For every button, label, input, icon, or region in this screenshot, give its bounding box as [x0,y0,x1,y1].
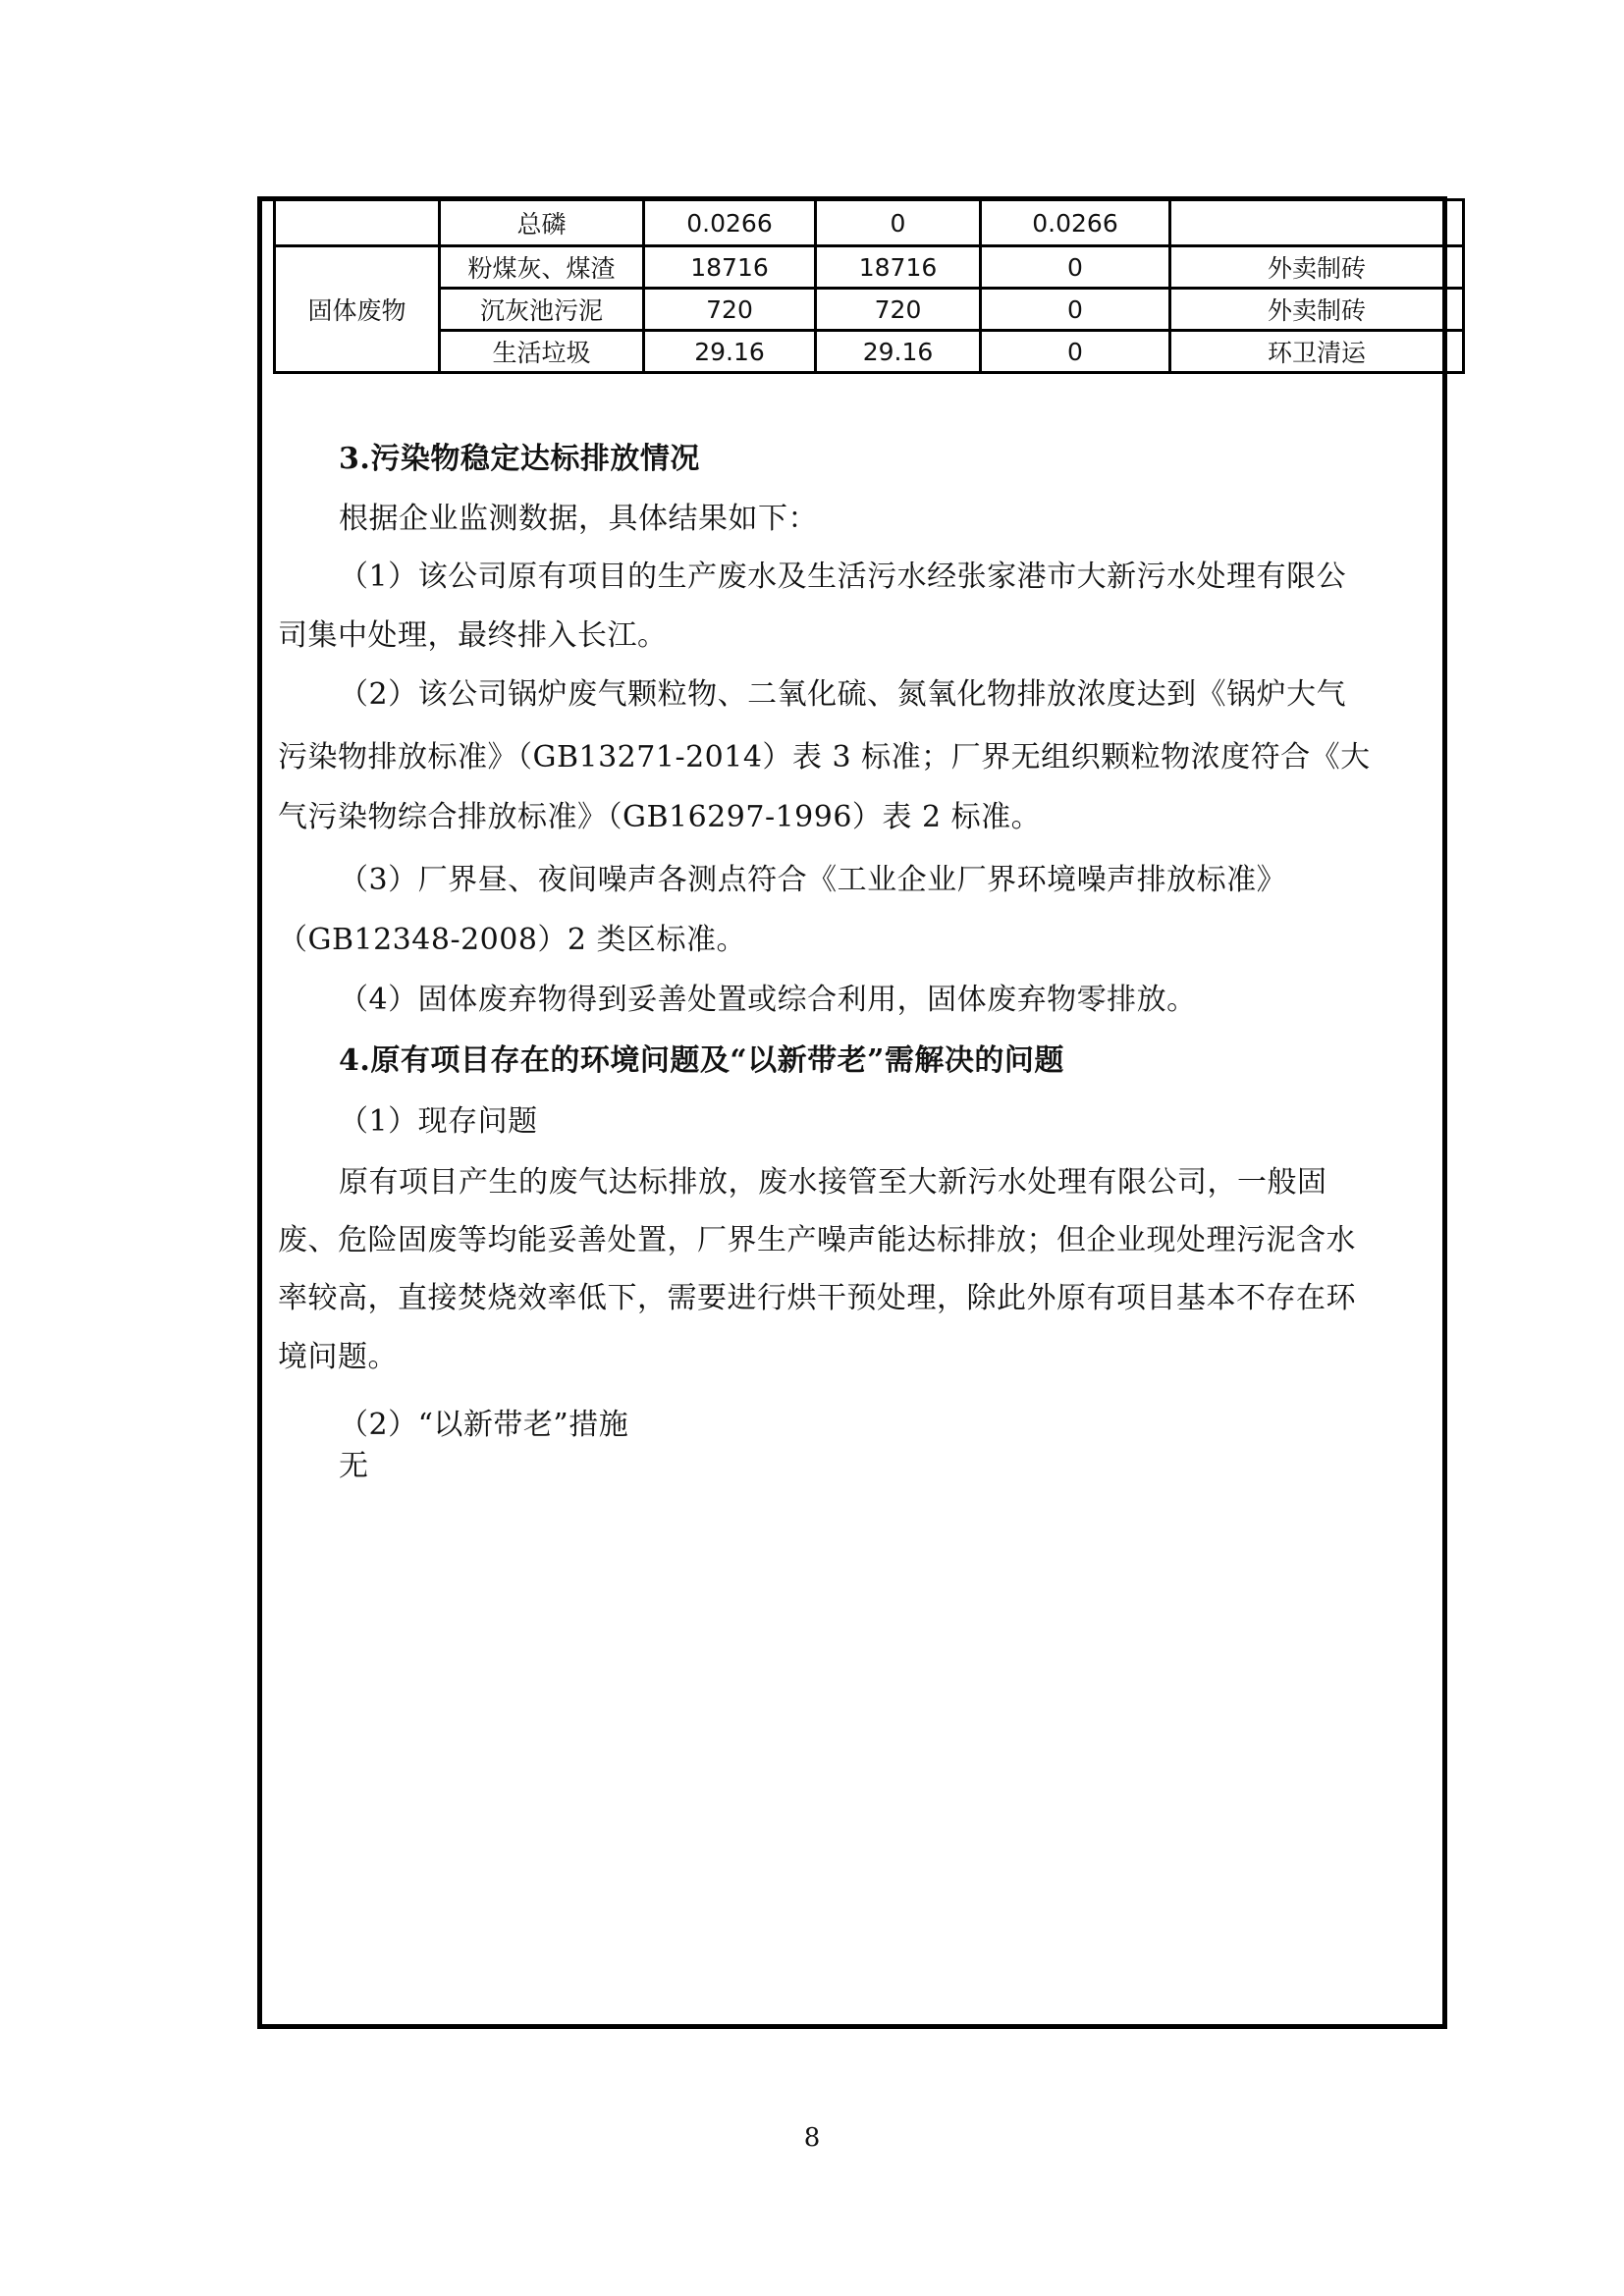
paragraph-1-line-2: 司集中处理，最终排入长江。 [278,618,1436,654]
paragraph-4-line-1: （4）固体废弃物得到妥善处置或综合利用，固体废弃物零排放。 [339,983,1497,1018]
table-cell-note: 外卖制砖 [1170,246,1464,289]
table-cell-produced: 720 [644,289,816,331]
table-cell-category [275,200,440,246]
section3-intro: 根据企业监测数据，具体结果如下： [339,502,1497,537]
table-row: 固体废物 粉煤灰、煤渣 18716 18716 0 外卖制砖 [275,246,1464,289]
subheading-existing-issues: （1）现存问题 [339,1104,1497,1140]
paragraph-3-line-1: （3）厂界昼、夜间噪声各测点符合《工业企业厂界环境噪声排放标准》 [339,863,1497,898]
table-cell-produced: 18716 [644,246,816,289]
table-cell-reduced: 720 [816,289,981,331]
table-cell-reduced: 18716 [816,246,981,289]
emissions-table: 总磷 0.0266 0 0.0266 固体废物 粉煤灰、煤渣 18716 187… [273,198,1465,374]
issues-line-1: 原有项目产生的废气达标排放，废水接管至大新污水处理有限公司，一般固 [339,1165,1497,1201]
table-cell-discharged: 0 [981,246,1170,289]
paragraph-1-line-1: （1）该公司原有项目的生产废水及生活污水经张家港市大新污水处理有限公 [339,560,1497,595]
table-cell-note: 环卫清运 [1170,331,1464,373]
table-row: 总磷 0.0266 0 0.0266 [275,200,1464,246]
table-cell-discharged: 0 [981,331,1170,373]
subheading-measures: （2）“以新带老”措施 [339,1408,1497,1443]
table-cell-note: 外卖制砖 [1170,289,1464,331]
table-row: 沉灰池污泥 720 720 0 外卖制砖 [275,289,1464,331]
paragraph-2-line-3: 气污染物综合排放标准》（GB16297-1996）表 2 标准。 [278,800,1436,835]
table-cell-note [1170,200,1464,246]
table-cell-discharged: 0 [981,289,1170,331]
section3-heading: 3.污染物稳定达标排放情况 [339,442,1497,477]
table-cell-item: 总磷 [440,200,644,246]
measures-body: 无 [339,1449,1497,1484]
page-number: 8 [0,2123,1624,2153]
table-cell-item: 粉煤灰、煤渣 [440,246,644,289]
table-cell-reduced: 29.16 [816,331,981,373]
table-row: 生活垃圾 29.16 29.16 0 环卫清运 [275,331,1464,373]
section4-heading: 4.原有项目存在的环境问题及“以新带老”需解决的问题 [339,1043,1497,1079]
table-cell-discharged: 0.0266 [981,200,1170,246]
table-cell-item: 沉灰池污泥 [440,289,644,331]
paragraph-2-line-2: 污染物排放标准》（GB13271-2014）表 3 标准；厂界无组织颗粒物浓度符… [278,740,1436,775]
paragraph-3-line-2: （GB12348-2008）2 类区标准。 [278,923,1436,958]
issues-line-3: 率较高，直接焚烧效率低下，需要进行烘干预处理，除此外原有项目基本不存在环 [278,1281,1436,1316]
table-cell-produced: 0.0266 [644,200,816,246]
table-cell-item: 生活垃圾 [440,331,644,373]
paragraph-2-line-1: （2）该公司锅炉废气颗粒物、二氧化硫、氮氧化物排放浓度达到《锅炉大气 [339,677,1497,713]
table-cell-reduced: 0 [816,200,981,246]
issues-line-2: 废、危险固废等均能妥善处置，厂界生产噪声能达标排放；但企业现处理污泥含水 [278,1223,1436,1258]
table-cell-category: 固体废物 [275,246,440,373]
issues-line-4: 境问题。 [278,1340,1436,1375]
table-cell-produced: 29.16 [644,331,816,373]
